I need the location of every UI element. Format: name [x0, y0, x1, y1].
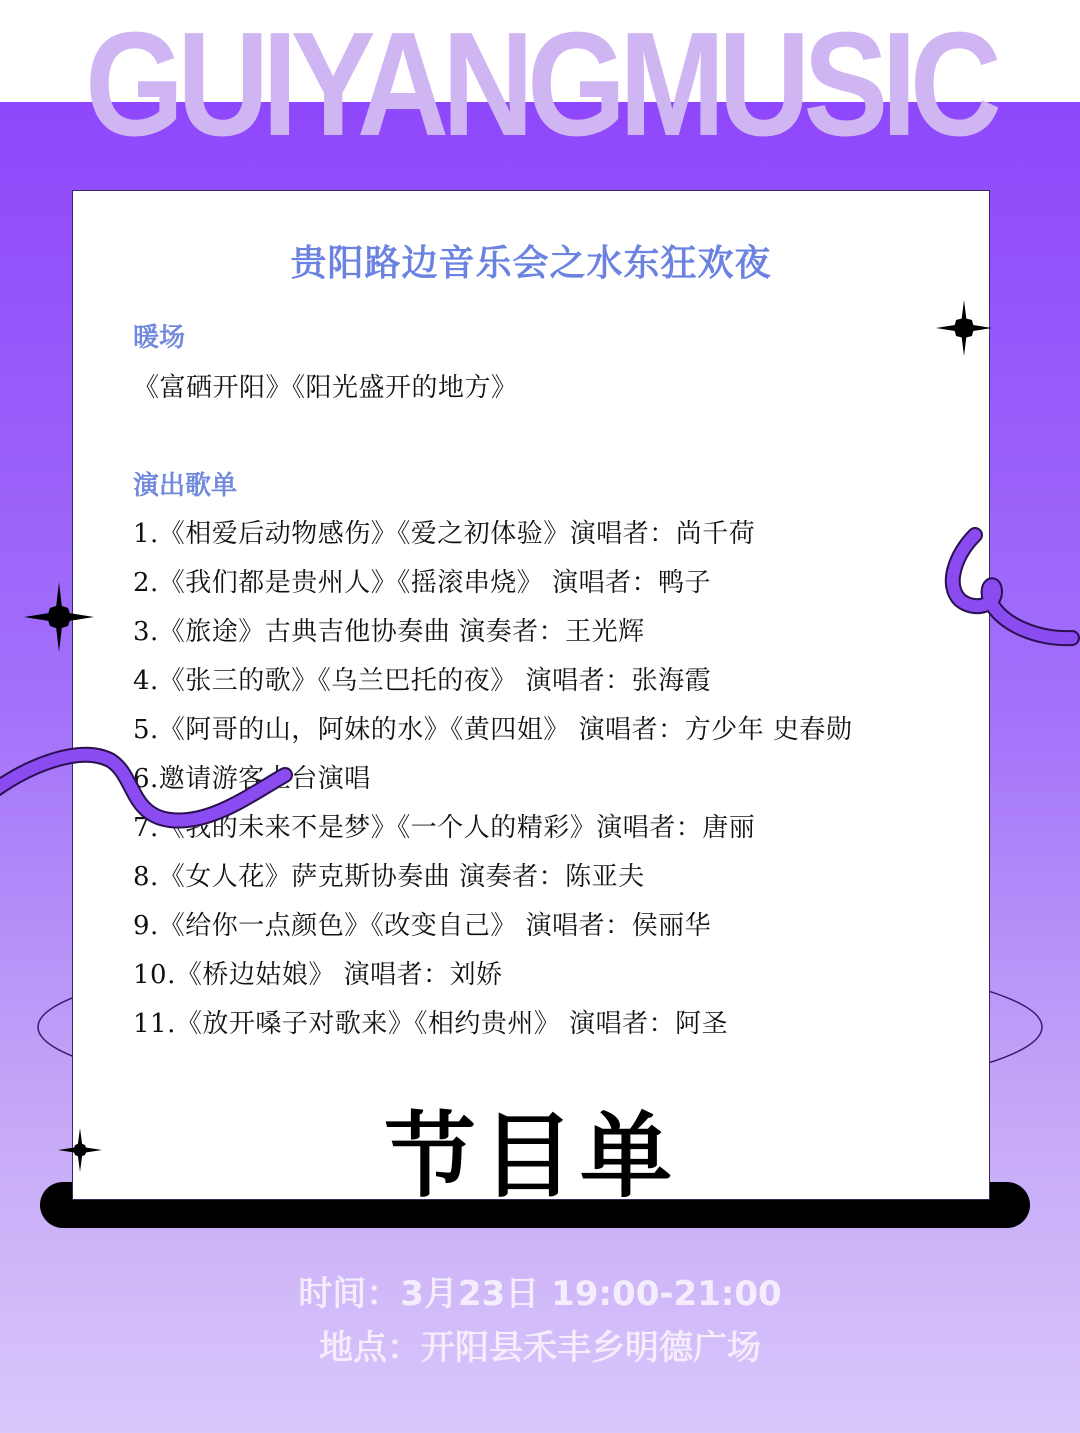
setlist-item: 10.《桥边姑娘》 演唱者：刘娇 — [133, 954, 503, 991]
brand-wordmark: GUIYANGMUSIC — [76, 10, 1005, 160]
program-list-title: 节目单 — [73, 1083, 989, 1215]
program-card: 贵阳路边音乐会之水东狂欢夜 暖场 《富硒开阳》《阳光盛开的地方》 演出歌单 1.… — [72, 190, 990, 1200]
sparkle-star-icon — [936, 300, 992, 356]
warmup-heading: 暖场 — [133, 317, 185, 354]
setlist-item: 5.《阿哥的山，阿妹的水》《黄四姐》 演唱者：方少年 史春勋 — [133, 709, 852, 746]
setlist-heading: 演出歌单 — [133, 465, 237, 502]
setlist-item: 4.《张三的歌》《乌兰巴托的夜》 演唱者：张海霞 — [133, 660, 711, 697]
event-title: 贵阳路边音乐会之水东狂欢夜 — [73, 235, 989, 286]
event-time: 时间：3月23日 19:00-21:00 — [0, 1266, 1080, 1315]
setlist-item: 7.《我的未来不是梦》《一个人的精彩》演唱者：唐丽 — [133, 807, 755, 844]
setlist-item: 9.《给你一点颜色》《改变自己》 演唱者：侯丽华 — [133, 905, 711, 942]
setlist-item: 2.《我们都是贵州人》《摇滚串烧》 演唱者：鸭子 — [133, 562, 711, 599]
sparkle-star-icon — [24, 582, 94, 652]
setlist-item: 6.邀请游客上台演唱 — [133, 758, 371, 795]
setlist-item: 3.《旅途》古典吉他协奏曲 演奏者：王光辉 — [133, 611, 645, 648]
event-location: 地点：开阳县禾丰乡明德广场 — [0, 1320, 1080, 1369]
warmup-songs: 《富硒开阳》《阳光盛开的地方》 — [133, 367, 518, 404]
setlist-item: 11.《放开嗓子对歌来》《相约贵州》 演唱者：阿圣 — [133, 1003, 728, 1040]
sparkle-star-icon — [58, 1128, 102, 1172]
setlist-item: 8.《女人花》萨克斯协奏曲 演奏者：陈亚夫 — [133, 856, 645, 893]
setlist-item: 1.《相爱后动物感伤》《爱之初体验》演唱者：尚千荷 — [133, 513, 755, 550]
